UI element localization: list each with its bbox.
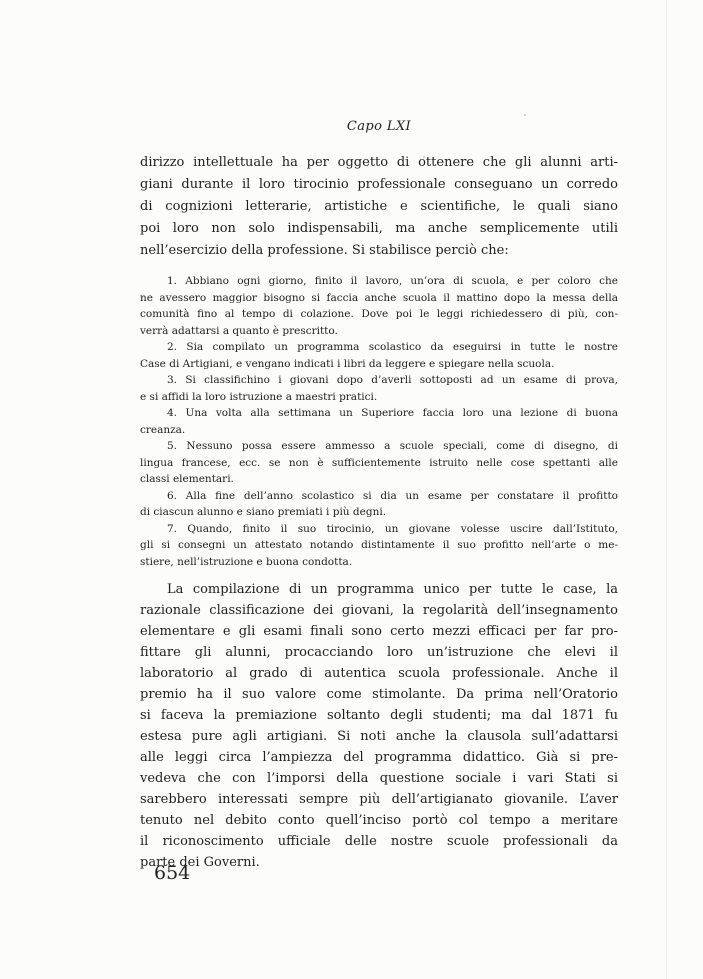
text-line: La compilazione di un programma unico pe…: [140, 579, 618, 600]
text-line: dirizzo intellettuale ha per oggetto di …: [140, 152, 618, 174]
text-line: gli si consegni un attestato notando dis…: [140, 537, 618, 554]
scan-artifact-line: [666, 0, 667, 979]
text-line: alle leggi circa l’ampiezza del programm…: [140, 747, 618, 768]
text-line: giani durante il loro tirocinio professi…: [140, 174, 618, 196]
text-line: si faceva la premiazione soltanto degli …: [140, 705, 618, 726]
regulation-item: 7. Quando, finito il suo tirocinio, un g…: [140, 521, 618, 571]
text-line: 3. Si classifichino i giovani dopo d’ave…: [140, 372, 618, 389]
text-line: parte dei Governi.: [140, 852, 618, 873]
text-line: vedeva che con l’imporsi della questione…: [140, 768, 618, 789]
regulation-item: 6. Alla fine dell’anno scolastico si dia…: [140, 488, 618, 521]
book-page: Capo LXI dirizzo intellettuale ha per og…: [0, 0, 703, 979]
text-line: razionale classificazione dei giovani, l…: [140, 600, 618, 621]
text-line: tenuto nel debito conto quell’inciso por…: [140, 810, 618, 831]
text-line: sarebbero interessati sempre più dell’ar…: [140, 789, 618, 810]
regulation-item: 1. Abbiano ogni giorno, finito il lavoro…: [140, 273, 618, 339]
text-line: 4. Una volta alla settimana un Superiore…: [140, 405, 618, 422]
text-line: comunità fino al tempo di colazione. Dov…: [140, 306, 618, 323]
text-line: 2. Sia compilato un programma scolastico…: [140, 339, 618, 356]
text-line: Case di Artigiani, e vengano indicati i …: [140, 356, 618, 373]
regulation-item: 5. Nessuno possa essere ammesso a scuole…: [140, 438, 618, 488]
text-line: premio ha il suo valore come stimolante.…: [140, 684, 618, 705]
paragraph-commentary: La compilazione di un programma unico pe…: [140, 579, 618, 873]
text-line: creanza.: [140, 422, 618, 439]
text-line: verrà adattarsi a quanto è prescritto.: [140, 323, 618, 340]
regulation-item: 2. Sia compilato un programma scolastico…: [140, 339, 618, 372]
page-number: 654: [154, 862, 190, 884]
text-line: e si affidi la loro istruzione a maestri…: [140, 389, 618, 406]
text-line: estesa pure agli artigiani. Si noti anch…: [140, 726, 618, 747]
scan-speck: [524, 114, 526, 116]
text-line: lingua francese, ecc. se non è sufficien…: [140, 455, 618, 472]
text-line: classi elementari.: [140, 471, 618, 488]
text-line: 6. Alla fine dell’anno scolastico si dia…: [140, 488, 618, 505]
text-column: Capo LXI dirizzo intellettuale ha per og…: [140, 119, 618, 873]
regulation-item: 4. Una volta alla settimana un Superiore…: [140, 405, 618, 438]
paragraph-intro: dirizzo intellettuale ha per oggetto di …: [140, 152, 618, 262]
text-line: elementare e gli esami finali sono certo…: [140, 621, 618, 642]
text-line: 5. Nessuno possa essere ammesso a scuole…: [140, 438, 618, 455]
text-line: nell’esercizio della professione. Si sta…: [140, 240, 618, 262]
text-line: di ciascun alunno e siano premiati i più…: [140, 504, 618, 521]
text-line: il riconoscimento ufficiale delle nostre…: [140, 831, 618, 852]
text-line: laboratorio al grado di autentica scuola…: [140, 663, 618, 684]
text-line: di cognizioni letterarie, artistiche e s…: [140, 196, 618, 218]
text-line: ne avessero maggior bisogno si faccia an…: [140, 290, 618, 307]
chapter-header: Capo LXI: [140, 119, 618, 135]
text-line: 1. Abbiano ogni giorno, finito il lavoro…: [140, 273, 618, 290]
regulations-list: 1. Abbiano ogni giorno, finito il lavoro…: [140, 273, 618, 570]
regulation-item: 3. Si classifichino i giovani dopo d’ave…: [140, 372, 618, 405]
text-line: poi loro non solo indispensabili, ma anc…: [140, 218, 618, 240]
text-line: stiere, nell’istruzione e buona condotta…: [140, 554, 618, 571]
text-line: fittare gli alunni, procacciando loro un…: [140, 642, 618, 663]
text-line: 7. Quando, finito il suo tirocinio, un g…: [140, 521, 618, 538]
